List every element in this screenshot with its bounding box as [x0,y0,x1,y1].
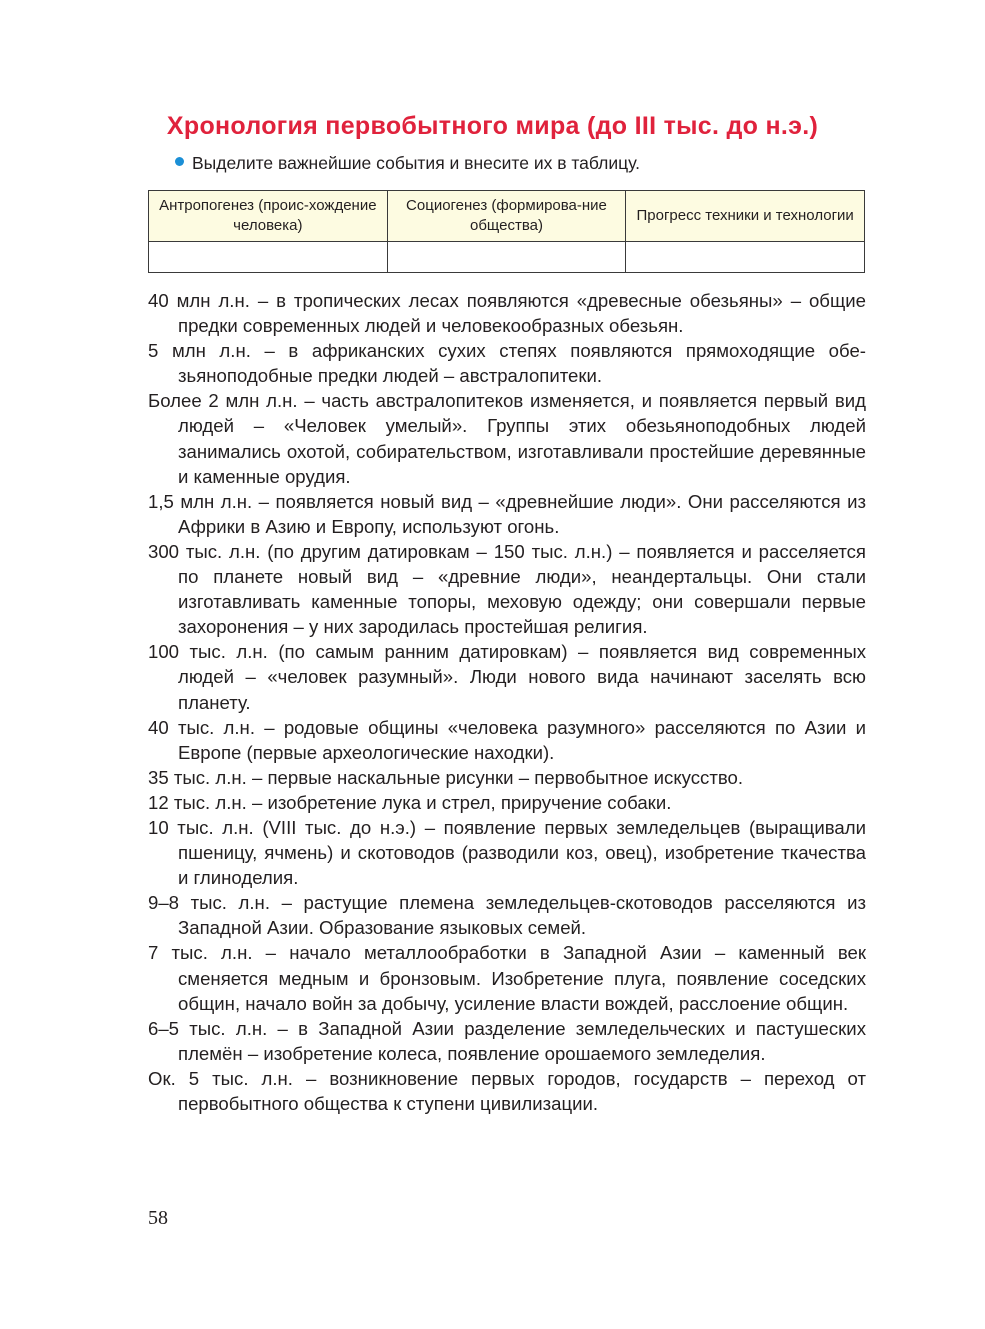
list-item: 5 млн л.н. – в африканских сухих степях … [148,338,866,388]
list-item: 1,5 млн л.н. – появляется новый вид – «д… [148,489,866,539]
list-item: Более 2 млн л.н. – часть австралопитеков… [148,388,866,488]
list-item: 9–8 тыс. л.н. – растущие племена земледе… [148,890,866,940]
list-item: 100 тыс. л.н. (по самым ранним датировка… [148,639,866,714]
page-title: Хронология первобытного мира (до III тыс… [0,112,985,141]
list-item: 7 тыс. л.н. – начало металлообработки в … [148,940,866,1015]
list-item: 300 тыс. л.н. (по другим датировкам – 15… [148,539,866,639]
list-item: 10 тыс. л.н. (VIII тыс. до н.э.) – появл… [148,815,866,890]
header-technology: Прогресс техники и технологии [626,191,865,242]
page-number: 58 [148,1207,168,1230]
instruction-text: Выделите важнейшие события и внесите их … [192,153,640,173]
bullet-dot-icon [175,157,184,166]
list-item: 40 млн л.н. – в тропических лесах появля… [148,288,866,338]
chronology-list: 40 млн л.н. – в тропических лесах появля… [148,288,866,1116]
header-sociogenesis: Социогенез (формирова-ние общества) [387,191,626,242]
events-table: Антропогенез (проис-хождение человека) С… [148,190,865,273]
list-item: 35 тыс. л.н. – первые наскальные рисунки… [148,765,866,790]
list-item: 12 тыс. л.н. – изобретение лука и стрел,… [148,790,866,815]
cell-anthropogenesis[interactable] [149,242,388,273]
list-item: Ок. 5 тыс. л.н. – возникновение первых г… [148,1066,866,1116]
table-header-row: Антропогенез (проис-хождение человека) С… [149,191,865,242]
cell-sociogenesis[interactable] [387,242,626,273]
table-row [149,242,865,273]
instruction: Выделите важнейшие события и внесите их … [175,153,640,174]
list-item: 6–5 тыс. л.н. – в Западной Азии разделен… [148,1016,866,1066]
header-anthropogenesis: Антропогенез (проис-хождение человека) [149,191,388,242]
cell-technology[interactable] [626,242,865,273]
list-item: 40 тыс. л.н. – родовые общины «человека … [148,715,866,765]
